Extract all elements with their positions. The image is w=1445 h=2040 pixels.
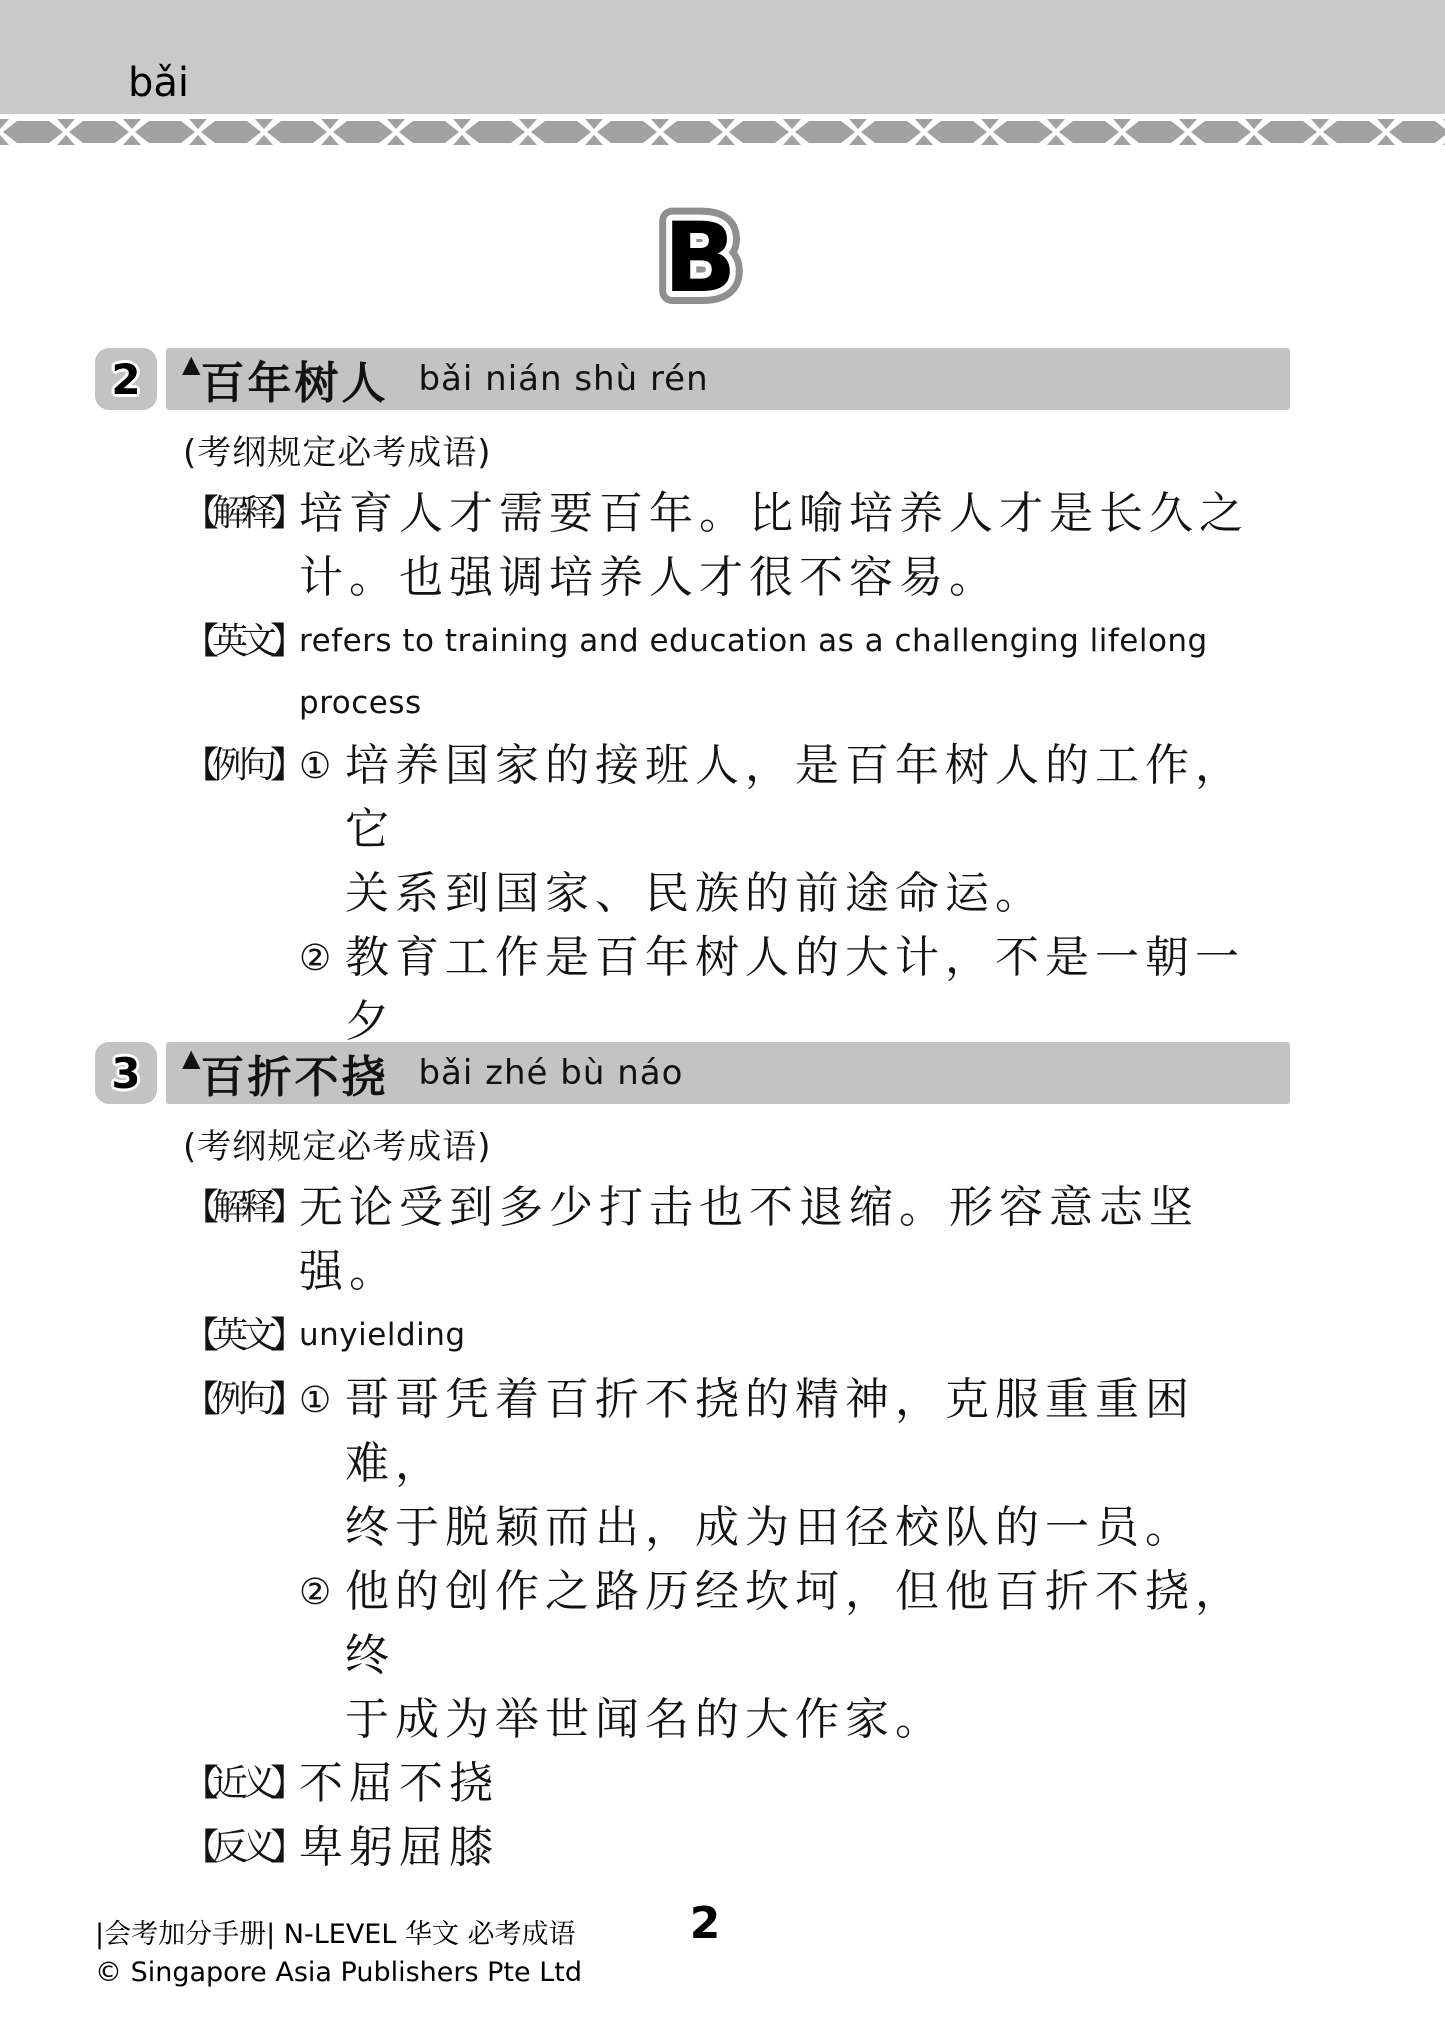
entry-3-explain-row: 【解释】 无论受到多少打击也不退缩。形容意志坚强。 [183, 1176, 1290, 1304]
entry-2-idiom: 百年树人 [200, 347, 388, 411]
example-item-1: ① 哥哥凭着百折不挠的精神，克服重重困难， 终于脱颖而出，成为田径校队的一员。 [299, 1368, 1290, 1560]
entry-3-english-row: 【英文】 unyielding [183, 1304, 1290, 1368]
chain-border-pattern [0, 118, 1445, 146]
entry-3-number-badge: 3 [95, 1042, 157, 1104]
footer-series-title: |会考加分手册| N-LEVEL 华文 必考成语 [95, 1916, 582, 1954]
idiom-entry-3: 3 ▲ 百折不挠 bǎi zhé bù náo (考纲规定必考成语) 【解释】 … [95, 1042, 1290, 1880]
section-pinyin-header: bǎi [128, 60, 189, 106]
synonym-label: 【近义】 [183, 1752, 299, 1816]
explain-body: 培育人才需要百年。比喻培养人才是长久之 计。也强调培养人才很不容易。 [299, 482, 1290, 610]
book-page: bǎi B B B 2 ▲ 百年树人 bǎi nián shù rén [0, 0, 1445, 2040]
explain-label: 【解释】 [183, 1176, 299, 1304]
circled-number-icon: ② [299, 1560, 345, 1752]
entry-3-antonym-row: 【反义】 卑躬屈膝 [183, 1816, 1290, 1880]
page-number: 2 [645, 1898, 765, 1949]
entry-2-title-bar: ▲ 百年树人 bǎi nián shù rén [166, 348, 1290, 410]
entry-2-english-row: 【英文】 refers to training and education as… [183, 610, 1290, 734]
example-body: ① 哥哥凭着百折不挠的精神，克服重重困难， 终于脱颖而出，成为田径校队的一员。 … [299, 1368, 1290, 1752]
entry-3-header: 3 ▲ 百折不挠 bǎi zhé bù náo [95, 1042, 1290, 1104]
english-label: 【英文】 [183, 610, 299, 734]
example-item-2: ② 他的创作之路历经坎坷，但他百折不挠，终 于成为举世闻名的大作家。 [299, 1560, 1290, 1752]
entry-2-explain-row: 【解释】 培育人才需要百年。比喻培养人才是长久之 计。也强调培养人才很不容易。 [183, 482, 1290, 610]
english-line: process [299, 672, 1290, 734]
synonym-text: 不屈不挠 [299, 1752, 1290, 1816]
synonym-body: 不屈不挠 [299, 1752, 1290, 1816]
english-body: unyielding [299, 1304, 1290, 1368]
top-band: bǎi [0, 0, 1445, 114]
entry-3-example-row: 【例句】 ① 哥哥凭着百折不挠的精神，克服重重困难， 终于脱颖而出，成为田径校队… [183, 1368, 1290, 1752]
example-line: 于成为举世闻名的大作家。 [345, 1688, 1290, 1752]
example-label: 【例句】 [183, 1368, 299, 1752]
example-text: 哥哥凭着百折不挠的精神，克服重重困难， 终于脱颖而出，成为田径校队的一员。 [345, 1368, 1290, 1560]
english-label: 【英文】 [183, 1304, 299, 1368]
example-text: 他的创作之路历经坎坷，但他百折不挠，终 于成为举世闻名的大作家。 [345, 1560, 1290, 1752]
explain-line: 计。也强调培养人才很不容易。 [299, 546, 1290, 610]
circled-number-icon: ① [299, 734, 345, 926]
example-line: 培养国家的接班人，是百年树人的工作，它 [345, 734, 1290, 862]
explain-line: 培育人才需要百年。比喻培养人才是长久之 [299, 482, 1290, 546]
example-text: 培养国家的接班人，是百年树人的工作，它 关系到国家、民族的前途命运。 [345, 734, 1290, 926]
entry-2-pinyin: bǎi nián shù rén [418, 359, 708, 399]
example-line: 关系到国家、民族的前途命运。 [345, 862, 1290, 926]
english-body: refers to training and education as a ch… [299, 610, 1290, 734]
antonym-label: 【反义】 [183, 1816, 299, 1880]
entry-3-idiom: 百折不挠 [200, 1041, 388, 1105]
english-line: refers to training and education as a ch… [299, 610, 1290, 672]
explain-body: 无论受到多少打击也不退缩。形容意志坚强。 [299, 1176, 1290, 1304]
antonym-body: 卑躬屈膝 [299, 1816, 1290, 1880]
section-letter-fill: B [663, 202, 736, 314]
entry-3-pinyin: bǎi zhé bù náo [418, 1053, 683, 1093]
explain-line: 无论受到多少打击也不退缩。形容意志坚强。 [299, 1176, 1290, 1304]
entry-2-header: 2 ▲ 百年树人 bǎi nián shù rén [95, 348, 1290, 410]
explain-label: 【解释】 [183, 482, 299, 610]
english-line: unyielding [299, 1304, 1290, 1366]
example-line: 终于脱颖而出，成为田径校队的一员。 [345, 1496, 1290, 1560]
entry-2-syllabus-note: (考纲规定必考成语) [183, 424, 1290, 482]
entry-3-syllabus-note: (考纲规定必考成语) [183, 1118, 1290, 1176]
example-line: 哥哥凭着百折不挠的精神，克服重重困难， [345, 1368, 1290, 1496]
example-line: 教育工作是百年树人的大计，不是一朝一夕 [345, 926, 1290, 1054]
example-item-1: ① 培养国家的接班人，是百年树人的工作，它 关系到国家、民族的前途命运。 [299, 734, 1290, 926]
footer-copyright: © Singapore Asia Publishers Pte Ltd [95, 1954, 582, 1992]
footer: |会考加分手册| N-LEVEL 华文 必考成语 © Singapore Asi… [95, 1916, 582, 1992]
antonym-text: 卑躬屈膝 [299, 1816, 1290, 1880]
example-line: 他的创作之路历经坎坷，但他百折不挠，终 [345, 1560, 1290, 1688]
circled-number-icon: ① [299, 1368, 345, 1560]
section-letter-b: B B B [628, 196, 773, 316]
entry-2-number-badge: 2 [95, 348, 157, 410]
entry-3-synonym-row: 【近义】 不屈不挠 [183, 1752, 1290, 1816]
idiom-entry-2: 2 ▲ 百年树人 bǎi nián shù rén (考纲规定必考成语) 【解释… [95, 348, 1290, 1118]
entry-3-title-bar: ▲ 百折不挠 bǎi zhé bù náo [166, 1042, 1290, 1104]
